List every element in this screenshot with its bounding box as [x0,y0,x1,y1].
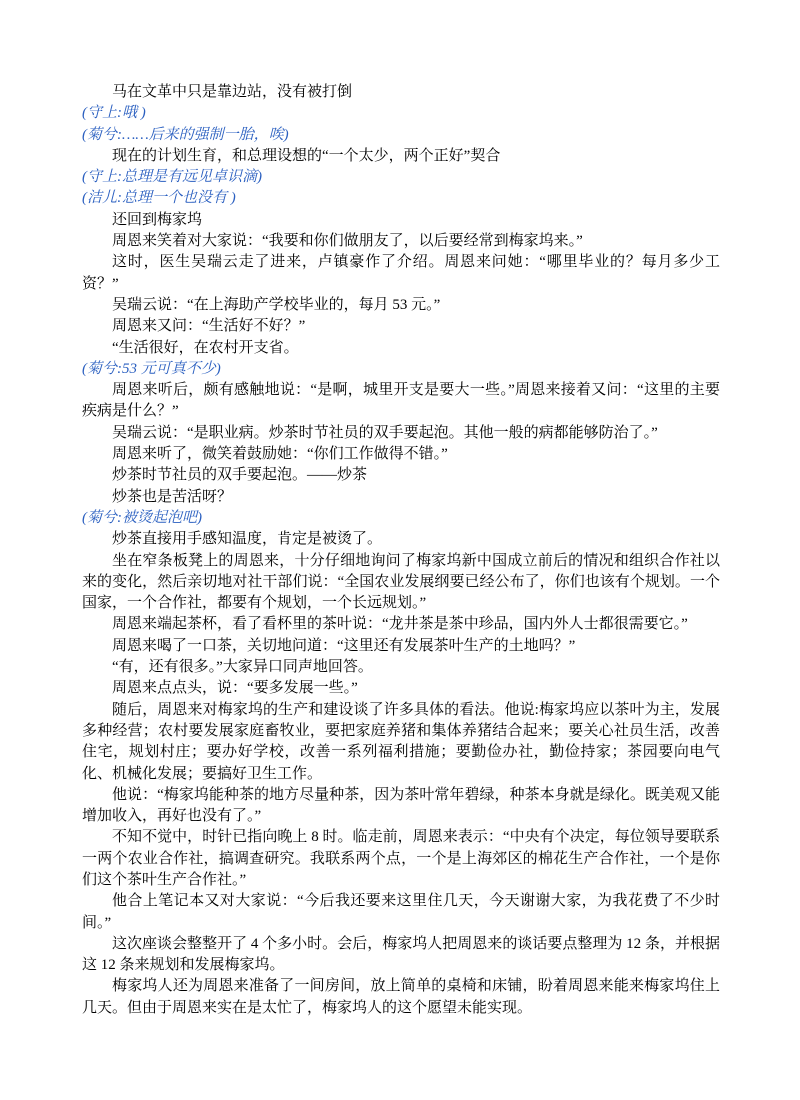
annotation-comment: (菊兮:53 元可真不少) [82,359,720,380]
body-paragraph: 这时，医生吴瑞云走了进来，卢镇豪作了介绍。周恩来问她：“哪里毕业的？每月多少工资… [82,252,720,295]
annotation-comment: (菊兮:……后来的强制一胎，唉) [82,125,720,146]
document-page: 马在文革中只是靠边站，没有被打倒(守上:哦 )(菊兮:……后来的强制一胎，唉)现… [0,0,800,1100]
body-paragraph: 周恩来听了，微笑着鼓励她：“你们工作做得不错。” [82,444,720,465]
body-paragraph: 周恩来喝了一口茶，关切地问道：“这里还有发展茶叶生产的土地吗？” [82,636,720,657]
body-paragraph: 周恩来点点头，说：“要多发展一些。” [82,678,720,699]
body-paragraph: 现在的计划生育，和总理设想的“一个太少，两个正好”契合 [82,146,720,167]
annotation-comment: (守上:总理是有远见卓识滴) [82,167,720,188]
body-paragraph: 炒茶也是苦活呀？ [82,487,720,508]
body-paragraph: 马在文革中只是靠边站，没有被打倒 [82,82,720,103]
annotation-comment: (洁儿:总理一个也没有 ) [82,188,720,209]
body-paragraph: 还回到梅家坞 [82,210,720,231]
annotation-comment: (菊兮:被烫起泡吧) [82,508,720,529]
body-paragraph: 周恩来又问：“生活好不好？” [82,316,720,337]
body-paragraph: 炒茶时节社员的双手要起泡。——炒茶 [82,465,720,486]
document-text-area: 马在文革中只是靠边站，没有被打倒(守上:哦 )(菊兮:……后来的强制一胎，唉)现… [82,82,720,1019]
body-paragraph: 这次座谈会整整开了 4 个多小时。会后，梅家坞人把周恩来的谈话要点整理为 12 … [82,934,720,977]
body-paragraph: 周恩来笑着对大家说：“我要和你们做朋友了，以后要经常到梅家坞来。” [82,231,720,252]
annotation-comment: (守上:哦 ) [82,103,720,124]
body-paragraph: 他说：“梅家坞能种茶的地方尽量种茶，因为茶叶常年碧绿，种茶本身就是绿化。既美观又… [82,785,720,828]
body-paragraph: 坐在窄条板凳上的周恩来，十分仔细地询问了梅家坞新中国成立前后的情况和组织合作社以… [82,551,720,615]
body-paragraph: 吴瑞云说：“在上海助产学校毕业的，每月 53 元。” [82,295,720,316]
body-paragraph: 梅家坞人还为周恩来准备了一间房间，放上简单的桌椅和床铺，盼着周恩来能来梅家坞住上… [82,976,720,1019]
body-paragraph: 炒茶直接用手感知温度，肯定是被烫了。 [82,529,720,550]
body-paragraph: “有，还有很多。”大家异口同声地回答。 [82,657,720,678]
body-paragraph: 他合上笔记本又对大家说：“今后我还要来这里住几天，今天谢谢大家，为我花费了不少时… [82,891,720,934]
body-paragraph: 不知不觉中，时针已指向晚上 8 时。临走前，周恩来表示：“中央有个决定，每位领导… [82,827,720,891]
body-paragraph: 周恩来端起茶杯，看了看杯里的茶叶说：“龙井茶是茶中珍品，国内外人士都很需要它。” [82,614,720,635]
body-paragraph: “生活很好，在农村开支省。 [82,338,720,359]
body-paragraph: 随后，周恩来对梅家坞的生产和建设谈了许多具体的看法。他说:梅家坞应以茶叶为主，发… [82,700,720,785]
body-paragraph: 吴瑞云说：“是职业病。炒茶时节社员的双手要起泡。其他一般的病都能够防治了。” [82,423,720,444]
body-paragraph: 周恩来听后，颇有感触地说：“是啊，城里开支是要大一些。”周恩来接着又问：“这里的… [82,380,720,423]
